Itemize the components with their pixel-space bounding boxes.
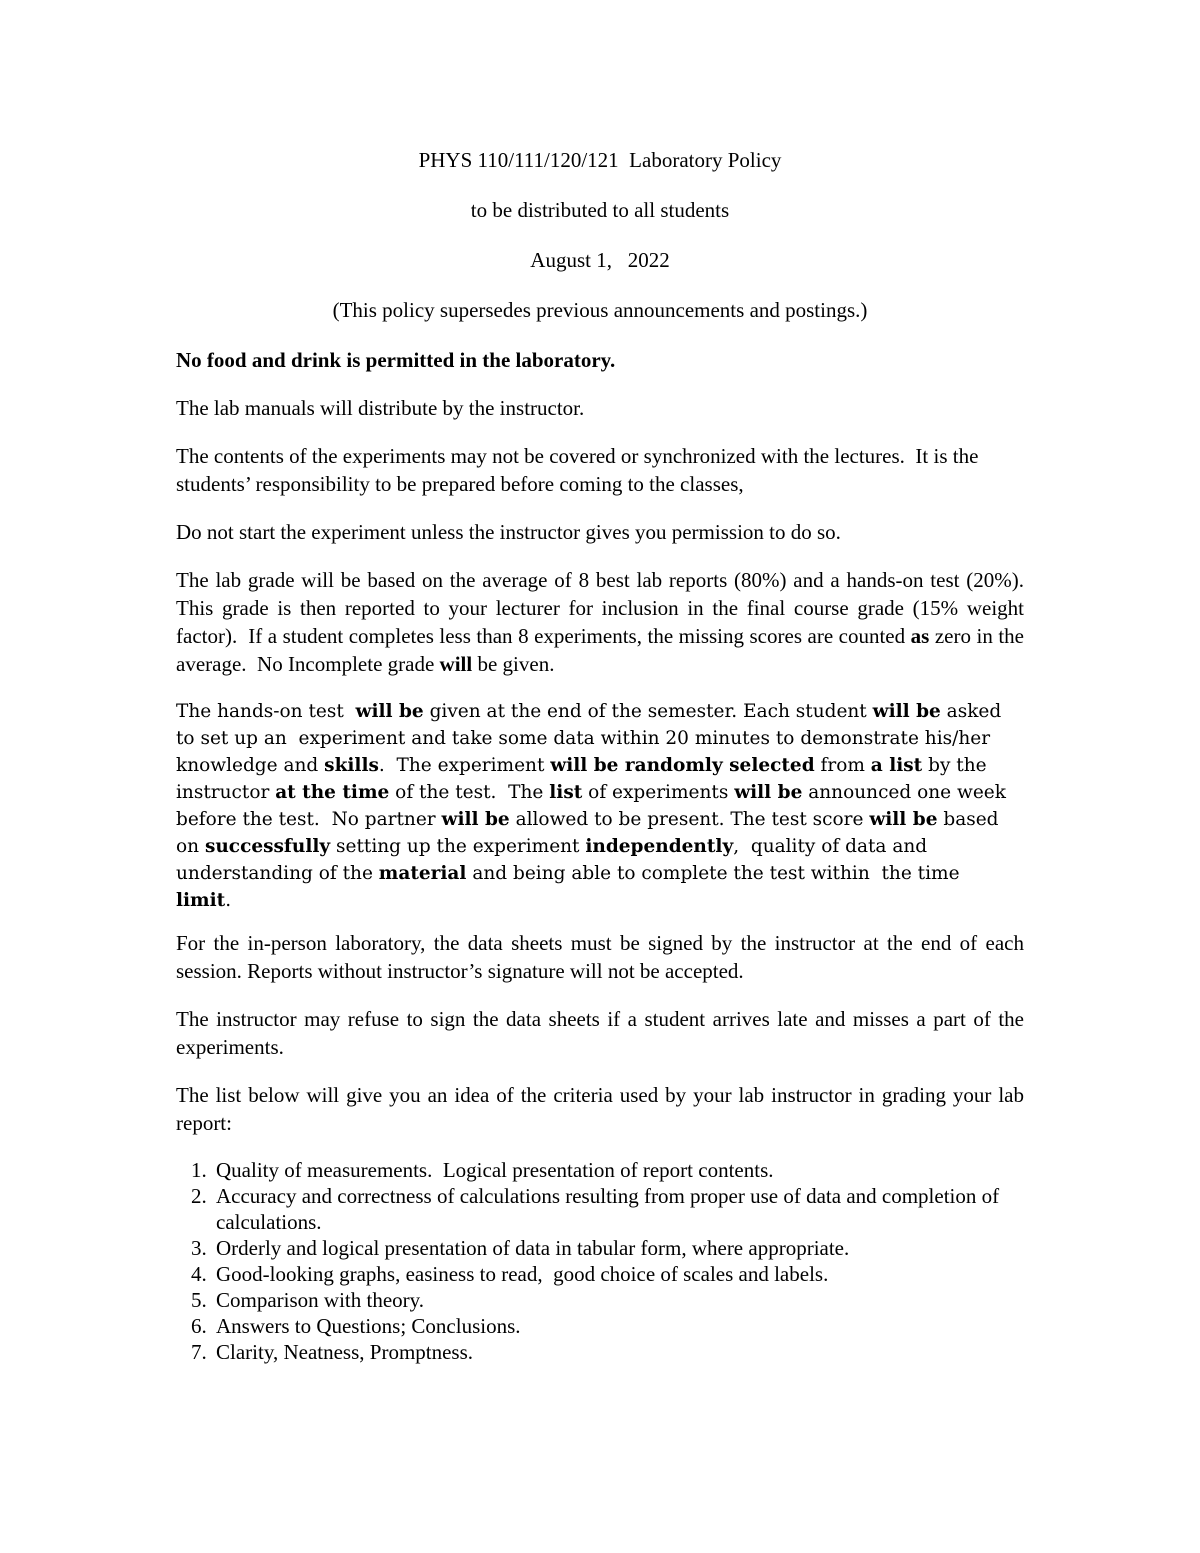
document-date: August 1, 2022 — [176, 246, 1024, 274]
no-food-rule: No food and drink is permitted in the la… — [176, 346, 1024, 374]
grading-criterion-item: Accuracy and correctness of calculations… — [212, 1183, 1024, 1235]
document-header: PHYS 110/111/120/121 Laboratory Policyto… — [176, 146, 1024, 324]
data-sheet-signature-rule: For the in-person laboratory, the data s… — [176, 929, 1024, 985]
experiment-contents-note: The contents of the experiments may not … — [176, 442, 1024, 498]
grading-criterion-item: Quality of measurements. Logical present… — [212, 1157, 1024, 1183]
document-body: No food and drink is permitted in the la… — [176, 346, 1024, 1137]
permission-rule: Do not start the experiment unless the i… — [176, 518, 1024, 546]
supersede-note: (This policy supersedes previous announc… — [176, 296, 1024, 324]
distribution-note: to be distributed to all students — [176, 196, 1024, 224]
lab-grade-policy: The lab grade will be based on the avera… — [176, 566, 1024, 678]
grading-criterion-item: Orderly and logical presentation of data… — [212, 1235, 1024, 1261]
late-arrival-rule: The instructor may refuse to sign the da… — [176, 1005, 1024, 1061]
lab-manuals-note: The lab manuals will distribute by the i… — [176, 394, 1024, 422]
grading-criteria-intro: The list below will give you an idea of … — [176, 1081, 1024, 1137]
hands-on-test-policy: The hands-on test will be given at the e… — [176, 698, 1024, 914]
grading-criterion-item: Comparison with theory. — [212, 1287, 1024, 1313]
document-title: PHYS 110/111/120/121 Laboratory Policy — [176, 146, 1024, 174]
grading-criteria-list: Quality of measurements. Logical present… — [176, 1157, 1024, 1365]
grading-criterion-item: Good-looking graphs, easiness to read, g… — [212, 1261, 1024, 1287]
document-page: PHYS 110/111/120/121 Laboratory Policyto… — [0, 0, 1200, 1553]
grading-criterion-item: Answers to Questions; Conclusions. — [212, 1313, 1024, 1339]
grading-criterion-item: Clarity, Neatness, Promptness. — [212, 1339, 1024, 1365]
